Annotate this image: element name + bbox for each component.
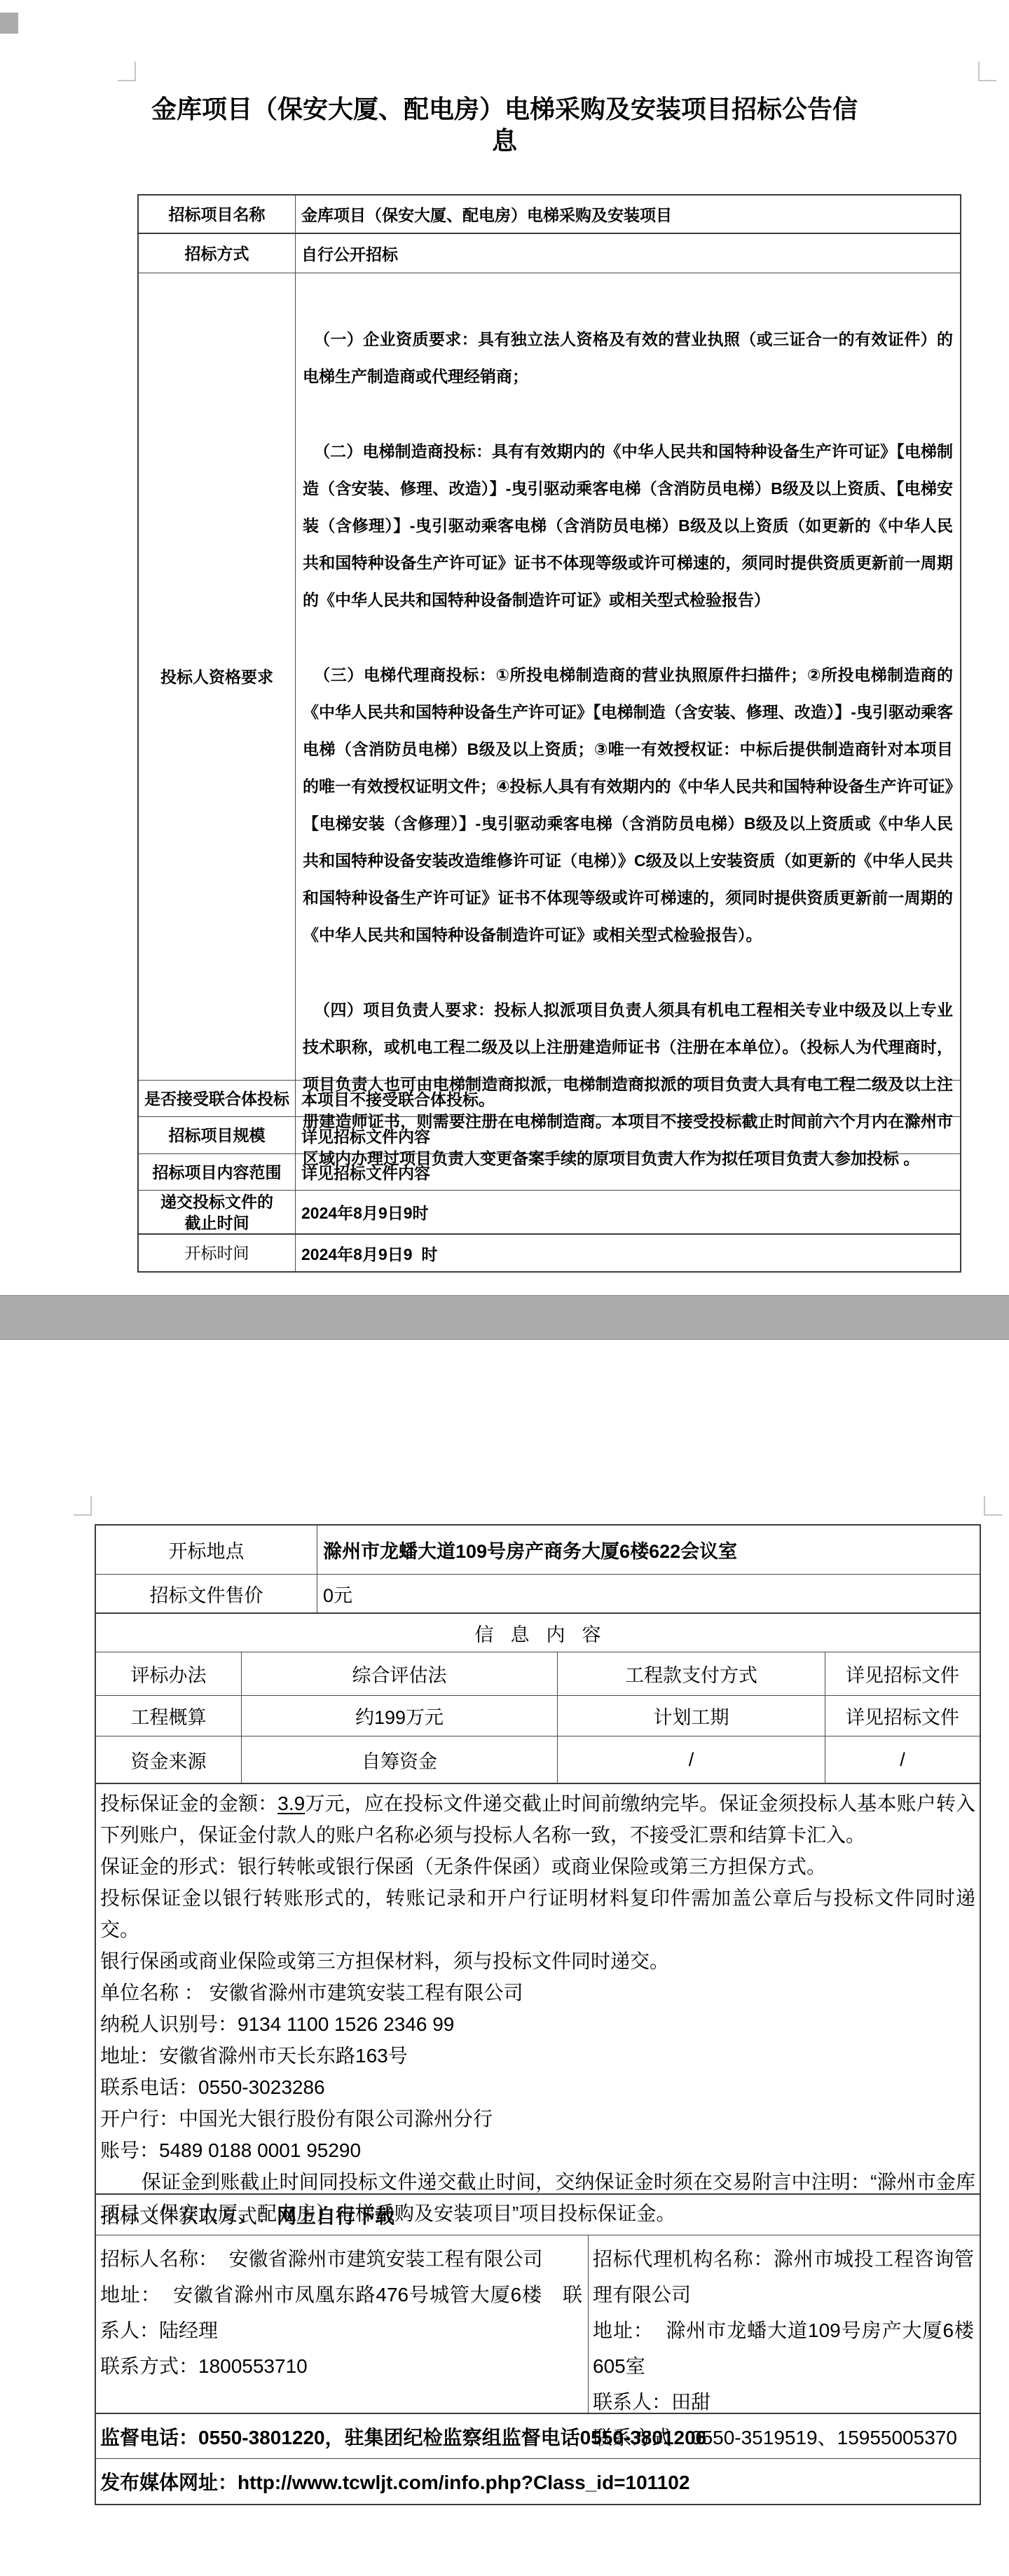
table-row-funding: 资金来源 自筹资金 / /: [96, 1736, 980, 1784]
tender-details-table: 开标地点 滁州市龙蟠大道109号房产商务大厦6楼622会议室 招标文件售价 0元…: [95, 1524, 981, 2505]
deposit-amount: 3.9: [277, 1793, 305, 1814]
doc-access-cell: 招标文件获取方式：网上自行下载: [96, 2195, 399, 2235]
funding-source-label: 资金来源: [96, 1736, 242, 1783]
funding-slash: /: [825, 1736, 980, 1783]
table-row-bidder-qualification: 投标人资格要求 （一）企业资质要求：具有独立法人资格及有效的营业执照（或三证合一…: [139, 273, 960, 1081]
page-edge-notch: [0, 13, 18, 34]
table-row-submission-deadline: 递交投标文件的 截止时间 2024年8月9日9时: [139, 1191, 960, 1235]
planned-duration-value: 详见招标文件: [825, 1696, 980, 1736]
bidder-qualification-label: 投标人资格要求: [139, 273, 296, 1080]
evaluation-method-label: 评标办法: [96, 1652, 242, 1695]
deposit-tax-id: 纳税人识别号：9134 1100 1526 2346 99: [100, 2008, 975, 2040]
deposit-amount-paragraph: 投标保证金的金额：3.9万元，应在投标文件递交截止时间前缴纳完毕。保证金须投标人…: [100, 1788, 975, 1851]
document-canvas: 金库项目（保安大厦、配电房）电梯采购及安装项目招标公告信 息 招标项目名称 金库…: [0, 0, 1009, 2576]
tender-announcement-table: 招标项目名称 金库项目（保安大厦、配电房）电梯采购及安装项目 招标方式 自行公开…: [137, 194, 961, 1273]
consortium-value: 本项目不接受联合体投标。: [296, 1081, 960, 1116]
deposit-company-name: 单位名称 ： 安徽省滁州市建筑安装工程有限公司: [100, 1977, 975, 2008]
table-row-document-price: 招标文件售价 0元: [96, 1575, 980, 1614]
deposit-address: 地址：安徽省滁州市天长东路163号: [100, 2040, 975, 2071]
project-scale-label: 招标项目规模: [139, 1117, 296, 1153]
table-row-evaluation: 评标办法 综合评估法 工程款支付方式 详见招标文件: [96, 1652, 980, 1696]
deposit-paragraph: 保证金的形式：银行转帐或银行保函（无条件保函）或商业保险或第三方担保方式。: [100, 1851, 975, 1882]
submission-deadline-value: 2024年8月9日9时: [296, 1191, 960, 1233]
table-row-deposit: 投标保证金的金额：3.9万元，应在投标文件递交截止时间前缴纳完毕。保证金须投标人…: [96, 1784, 980, 2195]
qualification-paragraph: （一）企业资质要求：具有独立法人资格及有效的营业执照（或三证合一的有效证件）的电…: [303, 321, 953, 395]
deposit-info-block: 投标保证金的金额：3.9万元，应在投标文件递交截止时间前缴纳完毕。保证金须投标人…: [96, 1784, 980, 2193]
funding-slash: /: [558, 1736, 825, 1783]
doc-access-value: 网上自行下载: [277, 2201, 394, 2229]
opening-time-label: 开标时间: [139, 1235, 296, 1271]
bidder-qualification-value: （一）企业资质要求：具有独立法人资格及有效的营业执照（或三证合一的有效证件）的电…: [296, 273, 960, 1080]
qualification-paragraph: （二）电梯制造商投标：具有有效期内的《中华人民共和国特种设备生产许可证》【电梯制…: [303, 433, 953, 619]
deposit-paragraph: 银行保函或商业保险或第三方担保材料，须与投标文件同时递交。: [100, 1945, 975, 1977]
payment-method-value: 详见招标文件: [825, 1652, 980, 1695]
tenderer-address: 地址： 安徽省滁州市凤凰东路476号城管大厦6楼 联系人：陆经理: [100, 2277, 582, 2348]
project-name-value: 金库项目（保安大厦、配电房）电梯采购及安装项目: [296, 196, 960, 233]
media-url: 发布媒体网址：http://www.tcwljt.com/info.php?Cl…: [96, 2459, 694, 2504]
project-scope-label: 招标项目内容范围: [139, 1154, 296, 1190]
budget-value: 约199万元: [242, 1696, 558, 1736]
agency-name: 招标代理机构名称：滁州市城投工程咨询管理有限公司: [593, 2241, 974, 2313]
payment-method-label: 工程款支付方式: [558, 1652, 825, 1695]
table-row-contacts: 招标人名称： 安徽省滁州市建筑安装工程有限公司 地址： 安徽省滁州市凤凰东路47…: [96, 2235, 980, 2414]
tenderer-phone: 联系方式：1800553710: [100, 2348, 582, 2384]
page-separator: [0, 1295, 1009, 1340]
tenderer-contact-cell: 招标人名称： 安徽省滁州市建筑安装工程有限公司 地址： 安徽省滁州市凤凰东路47…: [96, 2235, 589, 2413]
opening-location-value: 滁州市龙蟠大道109号房产商务大厦6楼622会议室: [317, 1526, 980, 1574]
table-row-opening-location: 开标地点 滁州市龙蟠大道109号房产商务大厦6楼622会议室: [96, 1526, 980, 1575]
margin-corner-mark: [984, 1496, 1002, 1516]
table-row-project-scale: 招标项目规模 详见招标文件内容: [139, 1117, 960, 1154]
tender-method-value: 自行公开招标: [296, 234, 960, 273]
margin-corner-mark: [118, 62, 136, 81]
supervision-phone: 监督电话：0550-3801220，驻集团纪检监察组监督电话0550-38012…: [96, 2414, 711, 2458]
opening-location-label: 开标地点: [96, 1526, 317, 1574]
margin-corner-mark: [978, 62, 996, 81]
table-row-project-name: 招标项目名称 金库项目（保安大厦、配电房）电梯采购及安装项目: [139, 196, 960, 234]
document-price-label: 招标文件售价: [96, 1575, 317, 1612]
deposit-amount-prefix: 投标保证金的金额：: [100, 1793, 277, 1814]
tenderer-name: 招标人名称： 安徽省滁州市建筑安装工程有限公司: [100, 2241, 582, 2277]
tender-method-label: 招标方式: [139, 234, 296, 273]
table-row-tender-method: 招标方式 自行公开招标: [139, 234, 960, 273]
evaluation-method-value: 综合评估法: [242, 1652, 558, 1695]
project-scale-value: 详见招标文件内容: [296, 1117, 960, 1153]
info-content-header: 信息内容: [96, 1614, 980, 1652]
table-row-budget: 工程概算 约199万元 计划工期 详见招标文件: [96, 1696, 980, 1736]
table-row-consortium: 是否接受联合体投标 本项目不接受联合体投标。: [139, 1081, 960, 1117]
deposit-phone: 联系电话：0550-3023286: [100, 2071, 975, 2103]
margin-corner-mark: [74, 1496, 92, 1516]
funding-source-value: 自筹资金: [242, 1736, 558, 1783]
table-row-opening-time: 开标时间 2024年8月9日9 时: [139, 1235, 960, 1271]
project-name-label: 招标项目名称: [139, 196, 296, 233]
budget-label: 工程概算: [96, 1696, 242, 1736]
deposit-bank: 开户行：中国光大银行股份有限公司滁州分行: [100, 2103, 975, 2135]
qualification-paragraph: （三）电梯代理商投标：①所投电梯制造商的营业执照原件扫描件；②所投电梯制造商的《…: [303, 657, 953, 954]
table-row-media-url: 发布媒体网址：http://www.tcwljt.com/info.php?Cl…: [96, 2459, 980, 2504]
consortium-label: 是否接受联合体投标: [139, 1081, 296, 1116]
opening-time-value: 2024年8月9日9 时: [296, 1235, 960, 1271]
planned-duration-label: 计划工期: [558, 1696, 825, 1736]
submission-deadline-label: 递交投标文件的 截止时间: [139, 1191, 296, 1233]
agency-address: 地址： 滁州市龙蟠大道109号房产大厦6楼605室: [593, 2313, 974, 2384]
page-title: 金库项目（保安大厦、配电房）电梯采购及安装项目招标公告信 息: [147, 93, 862, 156]
deposit-paragraph: 投标保证金以银行转账形式的，转账记录和开户行证明材料复印件需加盖公章后与投标文件…: [100, 1882, 975, 1945]
document-price-value: 0元: [317, 1575, 980, 1612]
table-row-project-scope: 招标项目内容范围 详见招标文件内容: [139, 1154, 960, 1191]
deposit-account: 账号：5489 0188 0001 95290: [100, 2135, 975, 2166]
table-row-section-header: 信息内容: [96, 1614, 980, 1652]
doc-access-label: 招标文件获取方式：: [100, 2201, 277, 2229]
project-scope-value: 详见招标文件内容: [296, 1154, 960, 1190]
agency-contact-cell: 招标代理机构名称：滁州市城投工程咨询管理有限公司 地址： 滁州市龙蟠大道109号…: [589, 2235, 980, 2413]
